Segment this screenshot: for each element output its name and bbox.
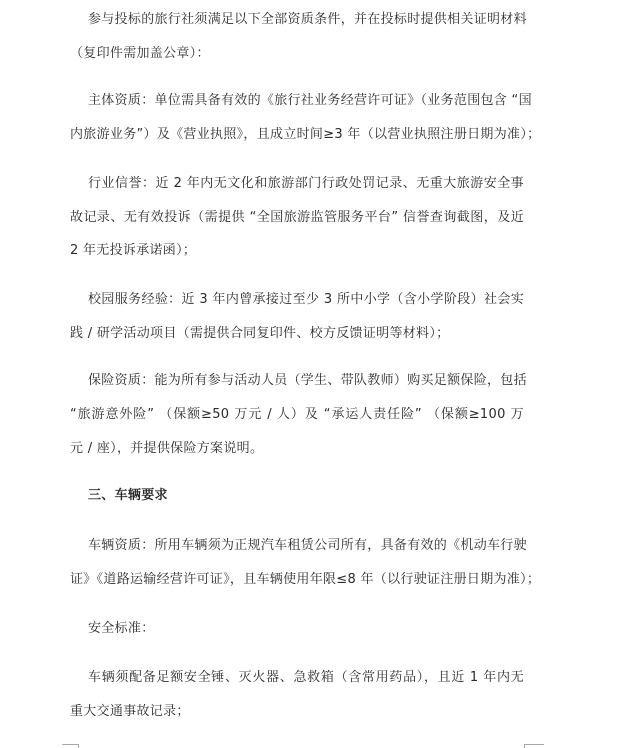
paragraph-industry-credit-line-2: 故记录、无有效投诉（需提供 “全国旅游监管服务平台” 信誉查询截图，及近	[70, 210, 524, 226]
paragraph-insurance-line-2: “旅游意外险” （保额≥50 万元 / 人）及 “承运人责任险” （保额≥100…	[70, 407, 524, 423]
paragraph-safety-equipment-line-2: 重大交通事故记录；	[70, 704, 190, 720]
paragraph-insurance-line-3: 元 / 座），并提供保险方案说明。	[70, 441, 263, 457]
paragraph-insurance-line-1: 保险资质：能为所有参与活动人员（学生、带队教师）购买足额保险，包括	[88, 373, 524, 389]
paragraph-intro-line-2: （复印件需加盖公章）：	[70, 46, 210, 62]
paragraph-campus-service-line-2: 践 / 研学活动项目（需提供合同复印件、校方反馈证明等材料）；	[70, 326, 449, 342]
paragraph-safety-equipment-line-1: 车辆须配备足额安全锤、灭火器、急救箱（含常用药品），且近 1 年内无	[88, 670, 524, 686]
paragraph-campus-service-line-1: 校园服务经验：近 3 年内曾承接过至少 3 所中小学（含小学阶段）社会实	[88, 292, 524, 308]
paragraph-industry-credit-line-3: 2 年无投诉承诺函）；	[70, 243, 196, 259]
paragraph-subject-qualification-line-1: 主体资质：单位需具备有效的《旅行社业务经营许可证》（业务范围包含 “国	[88, 93, 524, 109]
paragraph-vehicle-qualification-line-2: 证》《道路运输经营许可证》，且车辆使用年限≤8 年（以行驶证注册日期为准）；	[70, 572, 524, 588]
document-page: 参与投标的旅行社须满足以下全部资质条件，并在投标时提供相关证明材料 （复印件需加…	[0, 0, 617, 748]
section-heading-vehicle-requirements: 三、车辆要求	[88, 488, 168, 504]
paragraph-industry-credit-line-1: 行业信誉：近 2 年内无文化和旅游部门行政处罚记录、无重大旅游安全事	[88, 176, 524, 192]
paragraph-vehicle-qualification-line-1: 车辆资质：所用车辆须为正规汽车租赁公司所有，具备有效的《机动车行驶	[88, 538, 524, 554]
paragraph-intro-line-1: 参与投标的旅行社须满足以下全部资质条件，并在投标时提供相关证明材料	[88, 12, 524, 28]
paragraph-subject-qualification-line-2: 内旅游业务”）及《营业执照》，且成立时间≥3 年（以营业执照注册日期为准）；	[70, 127, 524, 143]
paragraph-safety-standard: 安全标准：	[88, 621, 155, 637]
